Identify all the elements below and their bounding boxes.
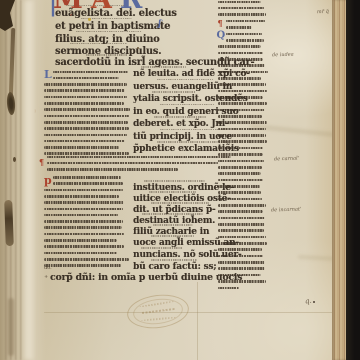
lemma-line: et petri in baptismate	[55, 22, 170, 32]
interlinear-gloss	[141, 66, 186, 68]
rubric-mark: ”	[98, 1, 101, 7]
gloss-line	[226, 39, 264, 42]
gloss-line	[44, 115, 129, 118]
gloss-line	[44, 245, 124, 248]
gloss-line	[218, 1, 261, 4]
lemma-line: bũ caro factũ: ss;	[133, 263, 216, 272]
interlinear-gloss	[153, 224, 194, 226]
gloss-line	[44, 252, 117, 255]
gloss-line	[44, 239, 117, 242]
gloss-line	[218, 267, 265, 270]
interlinear-gloss	[142, 213, 202, 215]
title-letter: A	[91, 0, 113, 13]
gloss-line	[226, 33, 262, 36]
gloss-line	[47, 156, 231, 159]
gloss-line	[218, 229, 264, 232]
gloss-line	[44, 220, 123, 223]
decorated-initial: |	[49, 0, 57, 15]
gloss-line	[44, 208, 123, 211]
ink-dot	[313, 301, 315, 303]
gloss-line	[53, 176, 121, 179]
background-right	[346, 0, 360, 360]
gloss-line	[44, 127, 129, 130]
gloss-line	[218, 45, 261, 48]
gloss-line	[44, 89, 125, 92]
rubric-mark: ’	[70, 15, 72, 21]
decorated-initial: ¶	[218, 19, 223, 27]
gloss-line	[44, 258, 129, 261]
gloss-line	[44, 264, 121, 267]
decorated-initial: Q	[217, 31, 226, 41]
title-letter: R	[120, 0, 143, 13]
lemma-line: ytalia scripsit. ostendẽs	[133, 95, 248, 104]
interlinear-gloss	[141, 247, 183, 249]
ruling-line-horizontal	[44, 312, 340, 313]
manuscript-photo: euãgelista. dei. electuset petri in bapt…	[0, 0, 360, 360]
gloss-line	[53, 71, 128, 74]
gloss-line	[44, 233, 124, 236]
fore-edge-leaves	[332, 0, 347, 360]
margin-note: de incarnat'	[271, 207, 301, 213]
gilt-speck	[88, 18, 91, 21]
ruling-line-vertical	[197, 282, 198, 360]
gloss-line	[218, 261, 265, 264]
gloss-line	[218, 223, 265, 226]
gloss-line	[44, 189, 123, 192]
lemma-line: nẽ leuita. ad fidẽ xp̃i cõ-	[133, 70, 250, 79]
interlinear-gloss	[151, 202, 209, 204]
interlinear-gloss	[144, 180, 205, 182]
gloss-line	[44, 146, 119, 149]
gloss-line	[218, 166, 262, 169]
gloss-line	[218, 160, 264, 163]
gloss-line	[44, 102, 124, 105]
gloss-line	[44, 226, 122, 229]
gloss-line	[53, 182, 123, 185]
interlinear-gloss	[157, 141, 229, 143]
lemma-line: p̃phetice exclamatiõis	[133, 145, 239, 154]
gloss-line	[218, 210, 263, 213]
interlinear-gloss	[151, 235, 194, 237]
gloss-line	[47, 168, 178, 171]
decorated-initial: L	[44, 69, 52, 80]
gloss-line	[47, 162, 218, 165]
gloss-line	[44, 201, 124, 204]
gloss-line	[44, 134, 127, 137]
interlinear-gloss	[86, 54, 128, 56]
gutter-crevice	[4, 200, 14, 246]
ink-speck	[137, 47, 139, 49]
interlinear-gloss	[154, 116, 206, 118]
interlinear-gloss	[149, 191, 196, 193]
gloss-line	[218, 52, 263, 55]
gloss-line	[44, 195, 119, 198]
gutter-hole-small	[13, 157, 16, 162]
lemma-line: deberet. et xp̃o. Jni-	[133, 120, 228, 129]
interlinear-gloss	[152, 91, 196, 93]
margin-note: de carnal'	[274, 157, 299, 163]
gloss-line	[226, 20, 265, 23]
gloss-line	[226, 26, 252, 29]
gloss-line	[218, 179, 263, 182]
title-letters: MAR	[53, 0, 163, 13]
gutter-streak	[8, 298, 14, 356]
margin-note: q.	[305, 298, 313, 306]
gloss-line	[218, 172, 261, 175]
gloss-line	[218, 217, 265, 220]
margin-note: mr̃ q̃	[317, 10, 329, 16]
gloss-line	[218, 287, 239, 290]
margin-note: de iudea	[272, 53, 294, 59]
gloss-line	[218, 204, 266, 207]
binding-gutter	[0, 0, 46, 360]
decorated-initial: p	[44, 175, 52, 186]
decorated-initial: ¶	[39, 158, 44, 166]
gloss-line	[44, 83, 127, 86]
interlinear-gloss	[151, 259, 197, 261]
gloss-line	[218, 13, 266, 16]
title-letter: M	[53, 0, 84, 13]
gloss-line	[44, 108, 130, 111]
explicit-line: corp̃ dñi: in omĩa p uerbũ diuine uocis	[50, 273, 242, 282]
gloss-line	[44, 152, 129, 155]
gloss-line	[44, 96, 127, 99]
gloss-line	[44, 121, 128, 124]
gutter-hole	[6, 92, 16, 116]
gutter-slit	[9, 28, 16, 100]
